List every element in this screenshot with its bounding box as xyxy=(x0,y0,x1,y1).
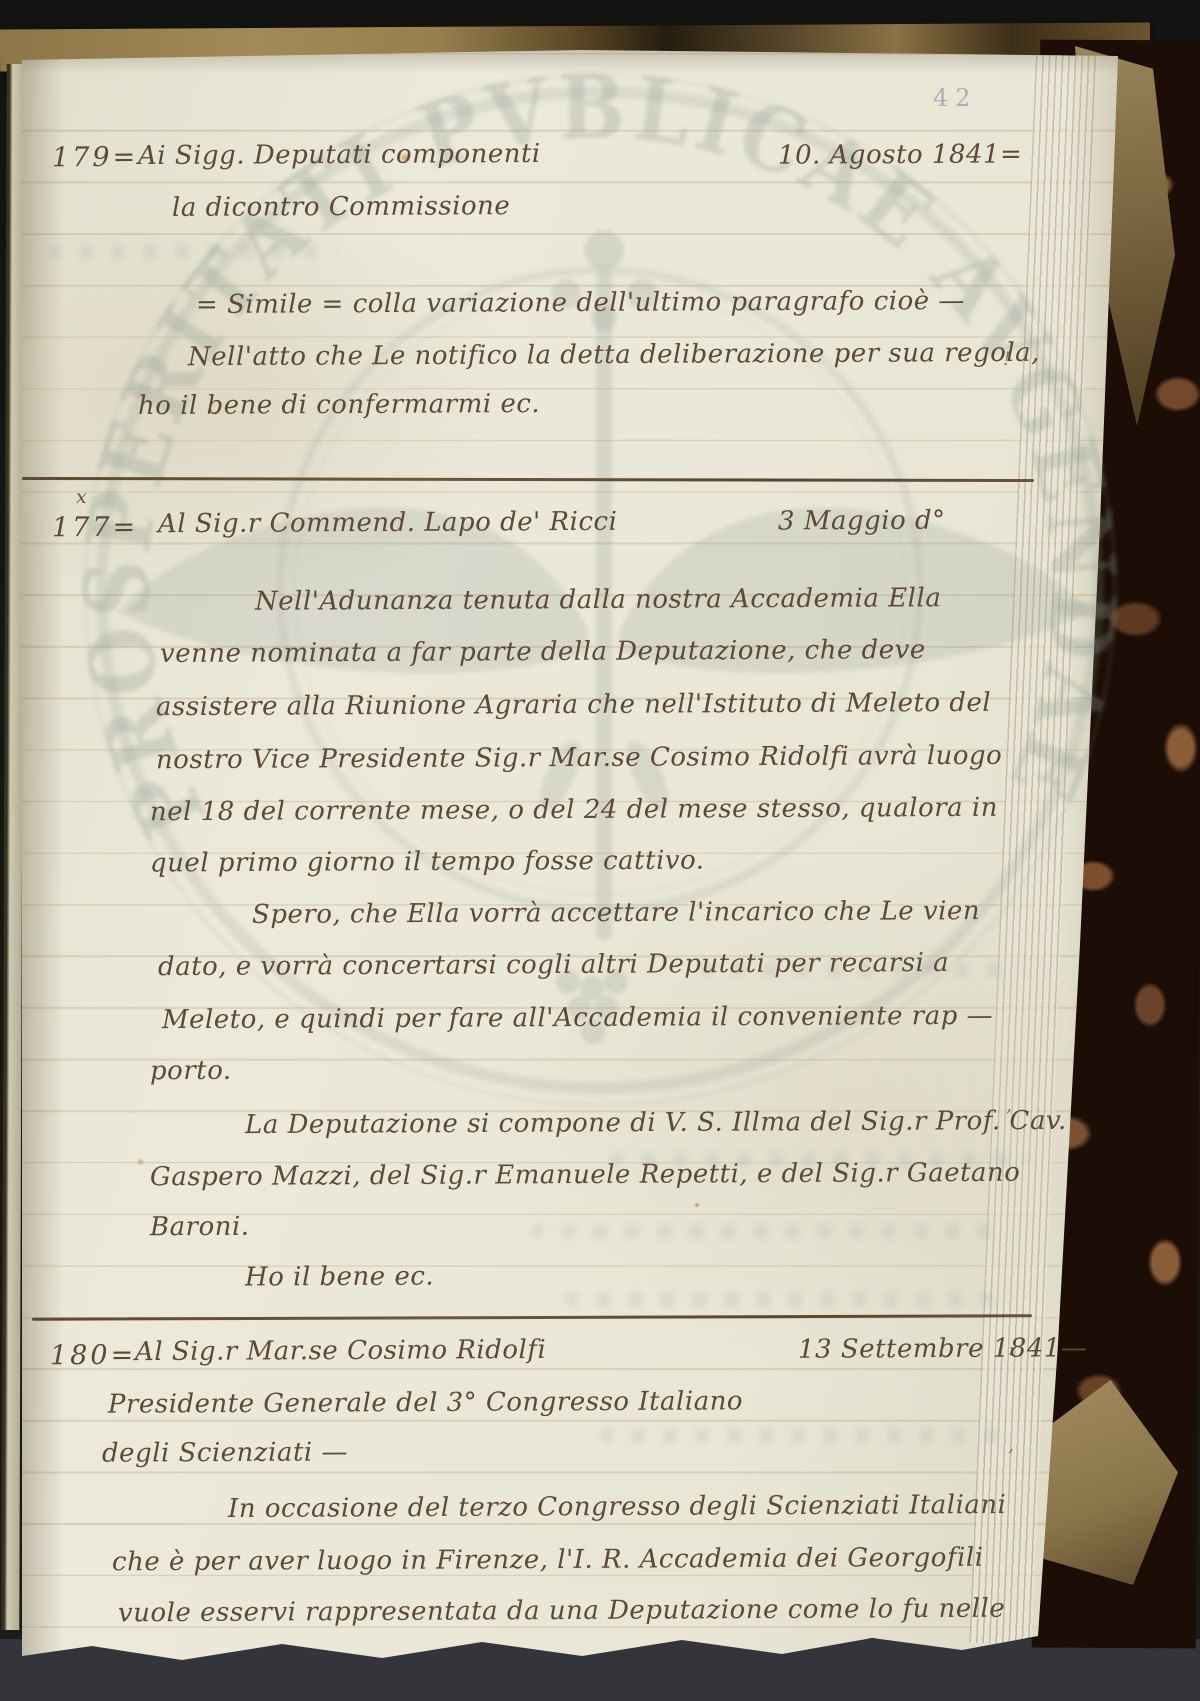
body-line: nostro Vice Presidente Sig.r Mar.se Cosi… xyxy=(156,741,1002,775)
entry-date: 13 Settembre 1841— xyxy=(798,1333,1088,1365)
show-through-ghost xyxy=(565,1292,1015,1307)
body-line: La Deputazione si compone di V. S. Illma… xyxy=(245,1106,1067,1140)
show-through-ghost xyxy=(48,244,338,259)
margin-mark: : xyxy=(1008,1338,1014,1360)
body-line: Nell'Adunanza tenuta dalla nostra Accade… xyxy=(255,583,941,617)
entry-date: 10. Agosto 1841= xyxy=(778,139,1023,170)
body-line: che è per aver luogo in Firenze, l'I. R.… xyxy=(112,1543,984,1578)
body-line: assistere alla Riunione Agraria che nell… xyxy=(156,688,991,722)
body-line: venne nominata a far parte della Deputaz… xyxy=(160,635,926,669)
body-line: Nell'atto che Le notifico la detta delib… xyxy=(188,338,1040,372)
body-line: Gaspero Mazzi, del Sig.r Emanuele Repett… xyxy=(150,1158,1021,1193)
margin-mark: , xyxy=(1008,1434,1014,1456)
body-line: Spero, che Ella vorrà accettare l'incari… xyxy=(252,896,980,930)
scan-background: { "page": { "number": "42" }, "watermark… xyxy=(0,0,1200,1701)
revision-mark: x xyxy=(76,486,87,508)
body-line: Baroni. xyxy=(150,1212,250,1243)
recipient-line: Ai Sigg. Deputati componenti xyxy=(138,139,541,171)
body-line: dato, e vorrà concertarsi cogli altri De… xyxy=(158,948,949,982)
ink-stain xyxy=(694,1202,700,1208)
recipient-line: la dicontro Commissione xyxy=(172,191,510,223)
entry-number: 177= xyxy=(52,512,138,543)
body-line: Meleto, e quindi per fare all'Accademia … xyxy=(162,1001,993,1035)
body-line: porto. xyxy=(150,1056,232,1086)
previous-page-edge xyxy=(1,64,24,1630)
body-line: In occasione del terzo Congresso degli S… xyxy=(228,1490,1007,1524)
body-line: vuole esservi rappresentata da una Deput… xyxy=(118,1594,1005,1629)
entry-date: 3 Maggio d° xyxy=(778,506,946,537)
ink-stain xyxy=(136,1158,145,1166)
entry-number: 180= xyxy=(50,1340,136,1371)
body-line: ho il bene di confermarmi ec. xyxy=(138,389,540,421)
recipient-line: Presidente Generale del 3° Congresso Ita… xyxy=(108,1386,743,1419)
body-line: nel 18 del corrente mese, o del 24 del m… xyxy=(150,793,998,827)
show-through-ghost xyxy=(600,1428,1000,1443)
recipient-line: Al Sig.r Mar.se Cosimo Ridolfi xyxy=(135,1335,546,1367)
body-line: quel primo giorno il tempo fosse cattivo… xyxy=(150,846,705,879)
body-line: Ho il bene ec. xyxy=(245,1262,434,1293)
body-line: = Simile = colla variazione dell'ultimo … xyxy=(196,286,965,320)
page-number: 42 xyxy=(933,84,978,112)
entry-number: 179= xyxy=(52,142,138,173)
recipient-line: degli Scienziati — xyxy=(102,1437,348,1468)
show-through-ghost xyxy=(530,1224,1000,1239)
margin-mark: , xyxy=(1006,1094,1012,1116)
margin-mark: ! xyxy=(1003,348,1011,370)
recipient-line: Al Sig.r Commend. Lapo de' Ricci xyxy=(158,507,618,539)
